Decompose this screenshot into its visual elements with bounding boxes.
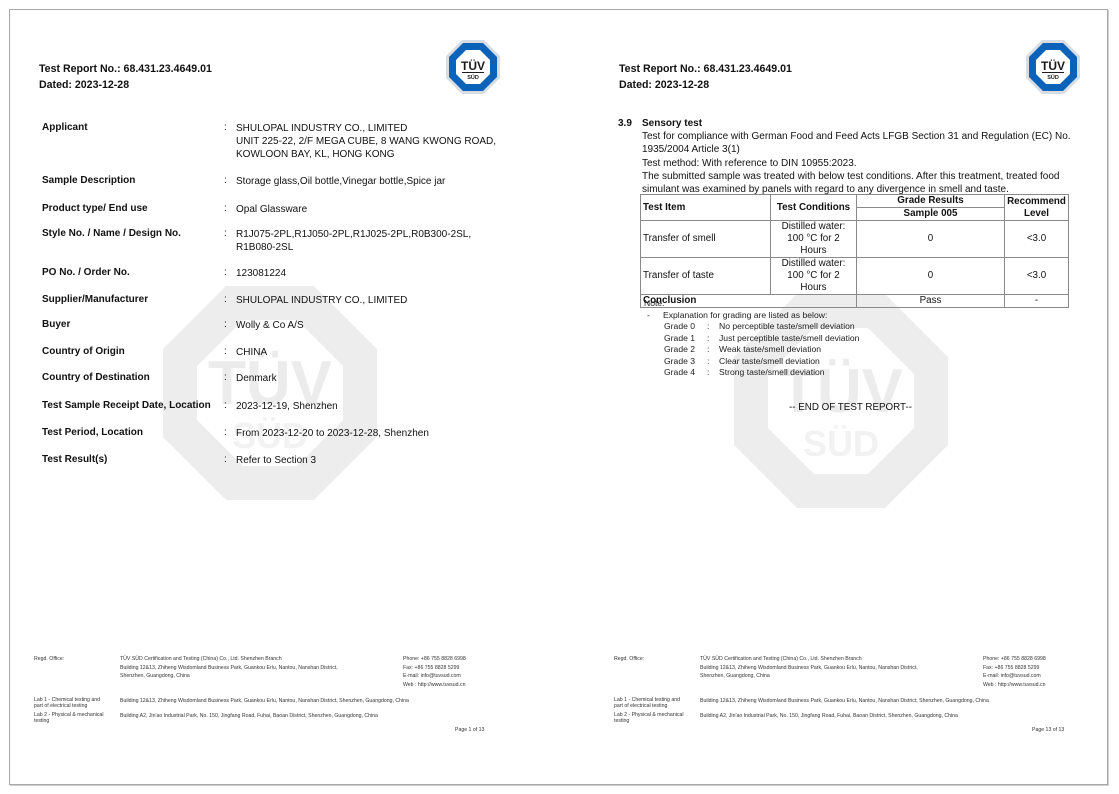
info-colon: : xyxy=(224,267,227,278)
info-colon: : xyxy=(224,228,227,239)
lab1-address: Building 12&13, Zhiheng Wisdomland Busin… xyxy=(120,697,409,706)
conclusion-row: Conclusion Pass - xyxy=(641,295,1069,308)
info-value: Storage glass,Oil bottle,Vinegar bottle,… xyxy=(236,175,445,188)
section-paragraph: Test for compliance with German Food and… xyxy=(642,130,1082,143)
page-number: Page 13 of 13 xyxy=(1032,726,1064,735)
report-date: Dated: 2023-12-28 xyxy=(619,77,792,93)
page-13: TÜV SÜD Test Report No.: 68.431.23.4649.… xyxy=(590,10,1119,784)
lab1-address: Building 12&13, Zhiheng Wisdomland Busin… xyxy=(700,697,989,706)
info-colon: : xyxy=(224,294,227,305)
info-label: Test Sample Receipt Date, Location xyxy=(42,400,211,411)
info-label: Buyer xyxy=(42,319,70,330)
info-value: Denmark xyxy=(236,372,277,385)
lab1-label: Lab 1 - Chemical testing and part of ele… xyxy=(614,697,680,709)
info-colon: : xyxy=(224,319,227,330)
svg-text:TÜV: TÜV xyxy=(461,58,485,73)
col-header-grade-results: Grade Results xyxy=(857,195,1005,208)
report-number: Test Report No.: 68.431.23.4649.01 xyxy=(619,61,792,77)
info-colon: : xyxy=(224,346,227,357)
report-header: Test Report No.: 68.431.23.4649.01 Dated… xyxy=(39,61,212,93)
info-value: Refer to Section 3 xyxy=(236,454,316,467)
regd-office-address: TÜV SÜD Certification and Testing (China… xyxy=(120,655,338,681)
contact-info: Phone: +86 755 8828 6998 Fax: +86 755 88… xyxy=(403,655,466,689)
col-header-sample: Sample 005 xyxy=(857,208,1005,221)
info-colon: : xyxy=(224,203,227,214)
col-header-test-item: Test Item xyxy=(641,195,771,221)
info-label: Supplier/Manufacturer xyxy=(42,294,148,305)
report-header: Test Report No.: 68.431.23.4649.01 Dated… xyxy=(619,61,792,93)
info-label: Style No. / Name / Design No. xyxy=(42,228,181,239)
regd-office-label: Regd. Office: xyxy=(614,655,644,664)
info-value: 2023-12-19, Shenzhen xyxy=(236,400,338,413)
page-number: Page 1 of 13 xyxy=(455,726,484,735)
info-label: Product type/ End use xyxy=(42,203,148,214)
tuv-sud-logo-icon: TÜV SÜD xyxy=(1025,39,1081,95)
section-paragraph: Test method: With reference to DIN 10955… xyxy=(642,157,1082,170)
info-value: SHULOPAL INDUSTRY CO., LIMITED xyxy=(236,294,407,307)
table-row: Transfer of taste Distilled water:100 °C… xyxy=(641,258,1069,295)
info-label: Applicant xyxy=(42,122,88,133)
info-value: SHULOPAL INDUSTRY CO., LIMITEDUNIT 225-2… xyxy=(236,122,496,162)
info-colon: : xyxy=(224,454,227,465)
info-value: 123081224 xyxy=(236,267,286,280)
info-label: Test Result(s) xyxy=(42,454,107,465)
section-paragraph: The submitted sample was treated with be… xyxy=(642,170,1082,183)
svg-text:SÜD: SÜD xyxy=(467,74,479,81)
report-number: Test Report No.: 68.431.23.4649.01 xyxy=(39,61,212,77)
info-label: Country of Destination xyxy=(42,372,150,383)
lab1-label: Lab 1 - Chemical testing and part of ele… xyxy=(34,697,100,709)
info-value: CHINA xyxy=(236,346,267,359)
info-colon: : xyxy=(224,122,227,133)
sensory-results-table: Test Item Test Conditions Grade Results … xyxy=(640,194,1069,308)
info-value: Opal Glassware xyxy=(236,203,307,216)
note-explanation: Explanation for grading are listed as be… xyxy=(663,310,827,322)
info-label: PO No. / Order No. xyxy=(42,267,130,278)
grading-note: Note: - Explanation for grading are list… xyxy=(644,298,665,310)
lab2-label: Lab 2 - Physical & mechanical testing xyxy=(34,712,104,724)
section-paragraph: 1935/2004 Article 3(1) xyxy=(642,143,1082,156)
lab2-label: Lab 2 - Physical & mechanical testing xyxy=(614,712,684,724)
svg-text:TÜV: TÜV xyxy=(1041,58,1065,73)
end-of-report: -- END OF TEST REPORT-- xyxy=(789,402,912,413)
page-1: TÜV SÜD Test Report No.: 68.431.23.4649.… xyxy=(10,10,559,784)
report-date: Dated: 2023-12-28 xyxy=(39,77,212,93)
info-colon: : xyxy=(224,400,227,411)
col-header-test-conditions: Test Conditions xyxy=(771,195,857,221)
col-header-recommend-level: Recommend Level xyxy=(1005,195,1069,221)
regd-office-address: TÜV SÜD Certification and Testing (China… xyxy=(700,655,918,681)
tuv-sud-logo-icon: TÜV SÜD xyxy=(445,39,501,95)
contact-info: Phone: +86 755 8828 6998 Fax: +86 755 88… xyxy=(983,655,1046,689)
section-title: Sensory test xyxy=(642,117,1082,130)
info-label: Sample Description xyxy=(42,175,135,186)
svg-text:SÜD: SÜD xyxy=(1047,74,1059,81)
regd-office-label: Regd. Office: xyxy=(34,655,64,664)
info-label: Test Period, Location xyxy=(42,427,143,438)
section-number: 3.9 xyxy=(618,117,632,130)
lab2-address: Building A2, Jin'ao Industrial Park, No.… xyxy=(700,712,958,721)
info-value: Wolly & Co A/S xyxy=(236,319,304,332)
svg-text:SÜD: SÜD xyxy=(803,423,879,464)
note-title: Note: xyxy=(644,298,665,310)
table-row: Transfer of smell Distilled water:100 °C… xyxy=(641,221,1069,258)
info-label: Country of Origin xyxy=(42,346,125,357)
info-value: From 2023-12-20 to 2023-12-28, Shenzhen xyxy=(236,427,429,440)
info-value: R1J075-2PL,R1J050-2PL,R1J025-2PL,R0B300-… xyxy=(236,228,471,254)
info-colon: : xyxy=(224,372,227,383)
info-colon: : xyxy=(224,175,227,186)
lab2-address: Building A2, Jin'ao Industrial Park, No.… xyxy=(120,712,378,721)
info-colon: : xyxy=(224,427,227,438)
